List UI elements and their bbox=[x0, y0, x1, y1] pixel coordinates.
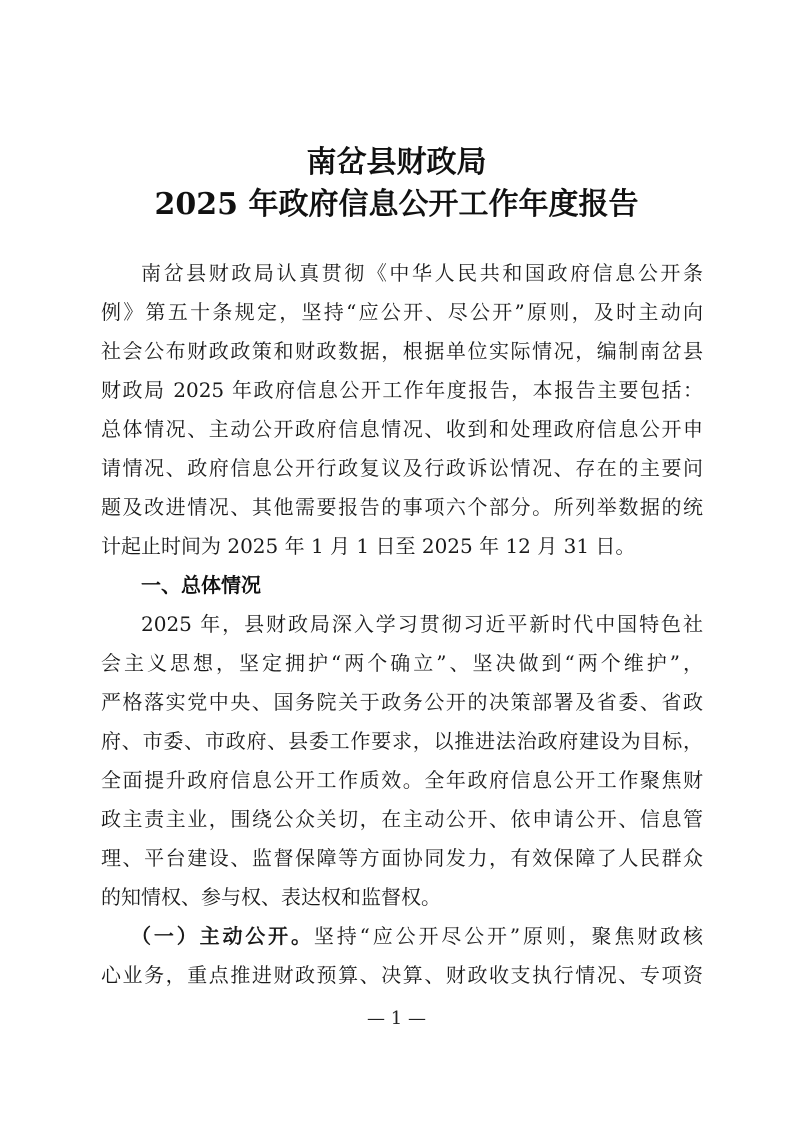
subsection1-text: 坚持“应公开尽公开”原则，聚焦财政核 bbox=[314, 924, 703, 948]
subsection1-paragraph-line: 心业务，重点推进财政预算、决算、财政收支执行情况、专项资 bbox=[101, 960, 703, 990]
section1-paragraph-line: 理、平台建设、监督保障等方面协同发力，有效保障了人民群众 bbox=[101, 843, 703, 873]
section1-paragraph-line: 全面提升政府信息公开工作质效。全年政府信息公开工作聚焦财 bbox=[101, 765, 703, 795]
subsection1-first-line: （一）主动公开。坚持“应公开尽公开”原则，聚焦财政核 bbox=[131, 921, 703, 951]
document-title-line-1: 南岔县财政局 bbox=[0, 142, 793, 184]
intro-paragraph-line: 题及改进情况、其他需要报告的事项六个部分。所列举数据的统 bbox=[101, 492, 703, 522]
subsection-lead-proactive-disclosure: （一）主动公开。 bbox=[131, 924, 314, 948]
intro-paragraph-line: 请情况、政府信息公开行政复议及行政诉讼情况、存在的主要问 bbox=[101, 453, 703, 483]
section-heading-overview: 一、总体情况 bbox=[141, 570, 261, 600]
section1-paragraph-line: 会主义思想，坚定拥护“两个确立”、坚决做到“两个维护”， bbox=[101, 648, 703, 678]
section1-paragraph-line: 府、市委、市政府、县委工作要求，以推进法治政府建设为目标， bbox=[101, 726, 703, 756]
section1-paragraph-line: 的知情权、参与权、表达权和监督权。 bbox=[101, 882, 703, 912]
section1-paragraph-line: 政主责主业，围绕公众关切，在主动公开、依申请公开、信息管 bbox=[101, 804, 703, 834]
section1-paragraph-line: 严格落实党中央、国务院关于政务公开的决策部署及省委、省政 bbox=[101, 687, 703, 717]
document-title-line-2: 2025 年政府信息公开工作年度报告 bbox=[0, 184, 793, 226]
section1-paragraph-line: 2025 年，县财政局深入学习贯彻习近平新时代中国特色社 bbox=[141, 609, 703, 639]
intro-paragraph-line: 例》第五十条规定，坚持“应公开、尽公开”原则，及时主动向 bbox=[101, 297, 703, 327]
intro-paragraph-line: 南岔县财政局认真贯彻《中华人民共和国政府信息公开条 bbox=[141, 258, 703, 288]
intro-paragraph-line: 财政局 2025 年政府信息公开工作年度报告，本报告主要包括： bbox=[101, 375, 703, 405]
intro-paragraph-line: 社会公布财政政策和财政数据，根据单位实际情况，编制南岔县 bbox=[101, 336, 703, 366]
page-number: — 1 — bbox=[0, 1008, 793, 1029]
intro-paragraph-line: 计起止时间为 2025 年 1 月 1 日至 2025 年 12 月 31 日。 bbox=[101, 531, 703, 561]
document-page: 南岔县财政局 2025 年政府信息公开工作年度报告 南岔县财政局认真贯彻《中华人… bbox=[0, 0, 793, 1122]
intro-paragraph-line: 总体情况、主动公开政府信息情况、收到和处理政府信息公开申 bbox=[101, 414, 703, 444]
